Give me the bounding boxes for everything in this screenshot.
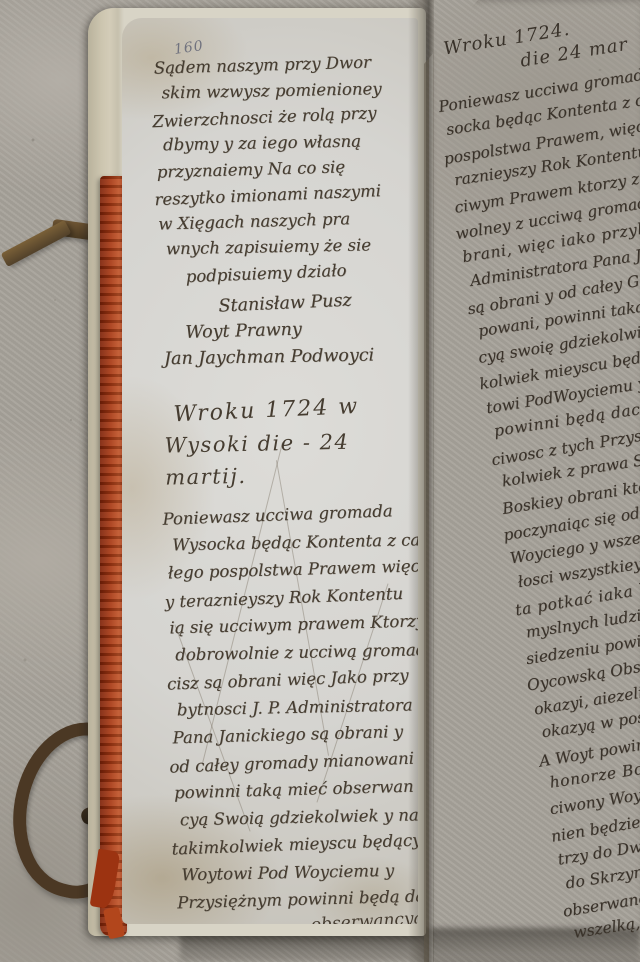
manuscript-line: dbymy y za iego własną	[163, 128, 406, 159]
manuscript-line: Wysocka będąc Kontenta z ca	[172, 526, 418, 559]
entry-body: Poniewasz ucciwa gromadaWysocka będąc Ko…	[166, 498, 418, 917]
manuscript-line: Woytowi Pod Woyciemu y	[181, 856, 418, 889]
right-page: Wroku 1724. die 24 mar Poniewasz ucciwa …	[424, 0, 640, 962]
entry-heading-date: Wysoki die - 24 martij.	[164, 424, 415, 493]
left-page-text: Sądem naszym przy Dworskim wzwysz pomien…	[154, 49, 418, 924]
left-page: 160 Sądem naszym przy Dworskim wzwysz po…	[122, 18, 418, 924]
left-page-stack: 160 Sądem naszym przy Dworskim wzwysz po…	[88, 8, 426, 936]
signature-block: Stanisław PuszWoyt PrawnyJan Jaychman Po…	[160, 287, 412, 375]
signature-line: Jan Jaychman Podwoyci	[164, 342, 412, 373]
entry-heading: Wroku 1724 w Wysoki die - 24 martij.	[163, 390, 416, 495]
manuscript-line: bytnosci J. P. Administratora	[177, 691, 418, 724]
closing-paragraph: Sądem naszym przy Dworskim wzwysz pomien…	[154, 49, 410, 290]
manuscript-photo-scene: 160 Sądem naszym przy Dworskim wzwysz po…	[0, 0, 640, 962]
